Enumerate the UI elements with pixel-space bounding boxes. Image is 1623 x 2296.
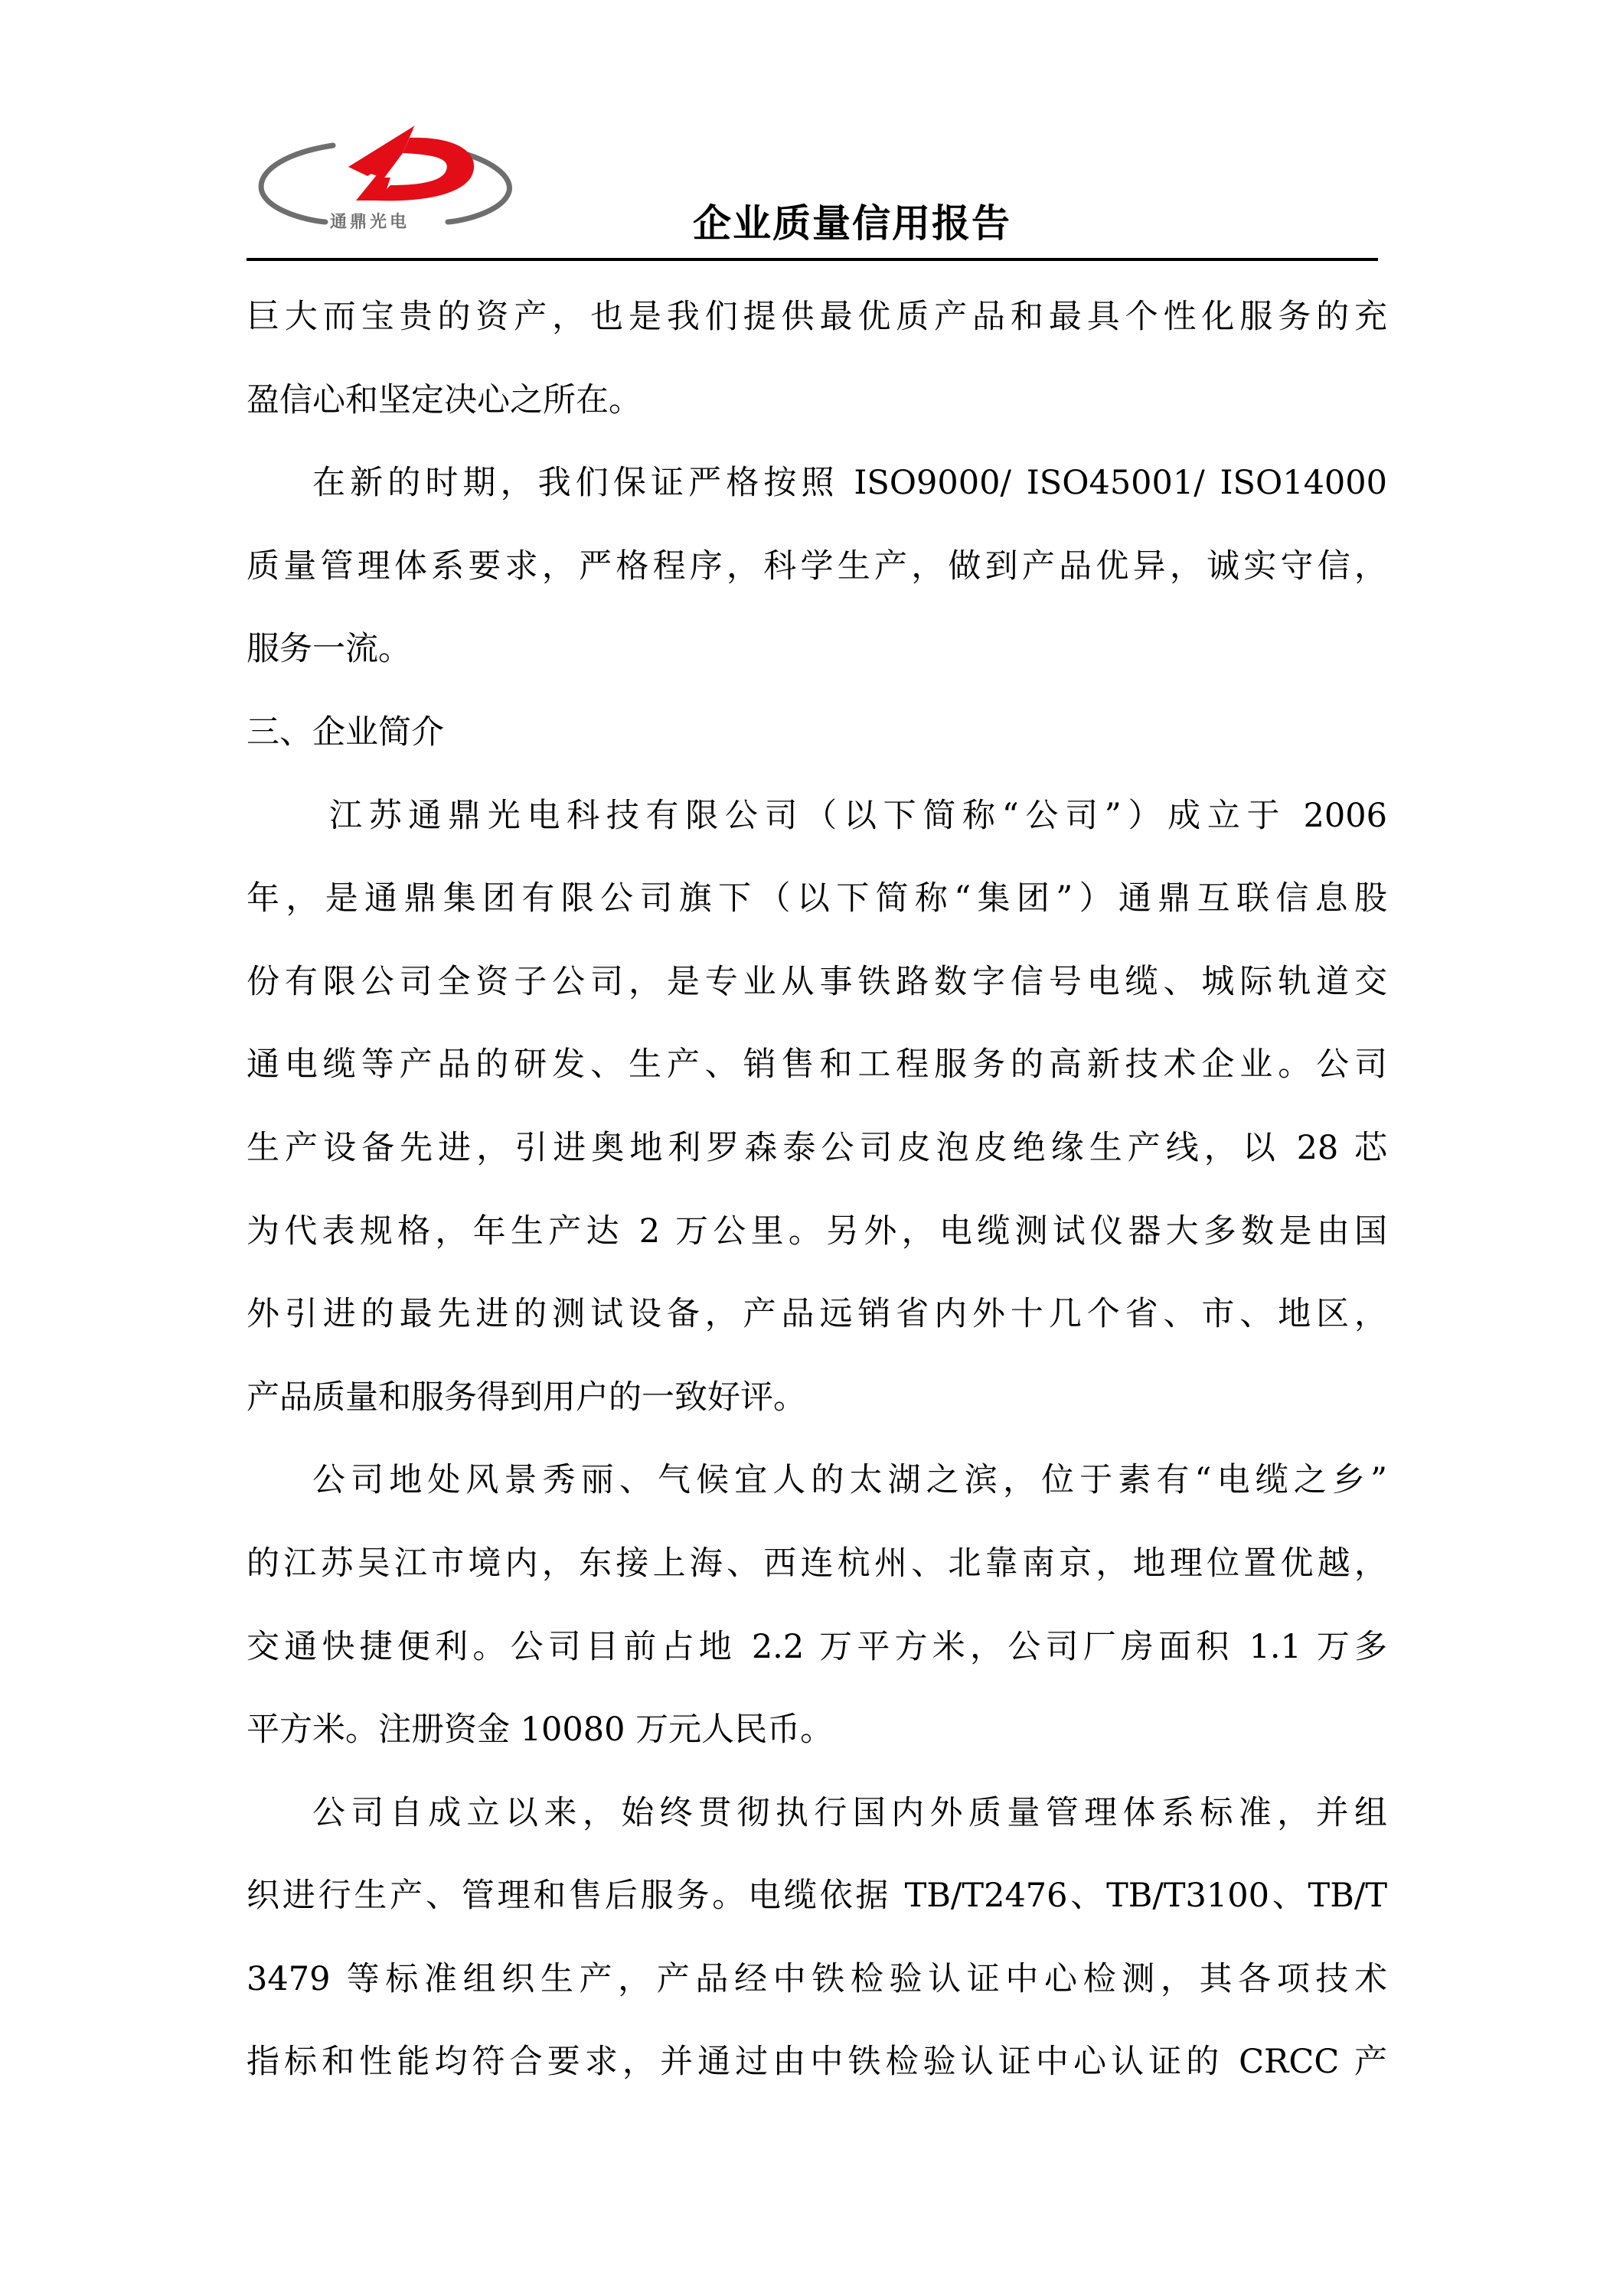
document-body: 巨大而宝贵的资产，也是我们提供最优质产品和最具个性化服务的充盈信心和坚定决心之所… [247, 276, 1387, 2104]
document-title: 企业质量信用报告 [693, 201, 1011, 246]
text-line: 织进行生产、管理和售后服务。电缆依据 TB/T2476、TB/T3100、TB/… [247, 1854, 1387, 1938]
text-line: 质量管理体系要求，严格程序，科学生产，做到产品优异，诚实守信， [247, 525, 1387, 608]
text-line: 在新的时期，我们保证严格按照 ISO9000/ ISO45001/ ISO140… [247, 442, 1387, 525]
text-line: 盈信心和坚定决心之所在。 [247, 359, 1387, 442]
text-line: 巨大而宝贵的资产，也是我们提供最优质产品和最具个性化服务的充 [247, 276, 1387, 359]
text-line: 外引进的最先进的测试设备，产品远销省内外十几个省、市、地区， [247, 1273, 1387, 1356]
text-line: 为代表规格，年生产达 2 万公里。另外，电缆测试仪器大多数是由国 [247, 1190, 1387, 1274]
company-logo: 通鼎光电 [253, 115, 528, 245]
text-line: 份有限公司全资子公司，是专业从事铁路数字信号电缆、城际轨道交 [247, 941, 1387, 1024]
text-line: 平方米。注册资金 10080 万元人民币。 [247, 1688, 1387, 1772]
text-line: 年，是通鼎集团有限公司旗下（以下简称“集团”）通鼎互联信息股 [247, 857, 1387, 941]
text-line: 的江苏吴江市境内，东接上海、西连杭州、北靠南京，地理位置优越， [247, 1522, 1387, 1606]
text-line: 公司自成立以来，始终贯彻执行国内外质量管理体系标准，并组 [247, 1772, 1387, 1855]
text-line: 服务一流。 [247, 608, 1387, 691]
text-line: 交通快捷便利。公司目前占地 2.2 万平方米，公司厂房面积 1.1 万多 [247, 1606, 1387, 1689]
text-line: 3479 等标准组织生产，产品经中铁检验认证中心检测，其各项技术 [247, 1938, 1387, 2021]
text-line: 公司地处风景秀丽、气候宜人的太湖之滨，位于素有“电缆之乡” [247, 1439, 1387, 1522]
text-line: 通电缆等产品的研发、生产、销售和工程服务的高新技术企业。公司 [247, 1023, 1387, 1107]
document-page: 通鼎光电 企业质量信用报告 巨大而宝贵的资产，也是我们提供最优质产品和最具个性化… [0, 0, 1623, 2296]
logo-text: 通鼎光电 [327, 213, 413, 233]
text-line: 产品质量和服务得到用户的一致好评。 [247, 1356, 1387, 1440]
text-line: 指标和性能均符合要求，并通过由中铁检验认证中心认证的 CRCC 产 [247, 2020, 1387, 2104]
section-heading: 三、企业简介 [247, 691, 1387, 775]
text-line: 江苏通鼎光电科技有限公司（以下简称“公司”）成立于 2006 [247, 775, 1387, 858]
header-divider [247, 258, 1378, 261]
text-line: 生产设备先进，引进奥地利罗森泰公司皮泡皮绝缘生产线，以 28 芯 [247, 1107, 1387, 1190]
